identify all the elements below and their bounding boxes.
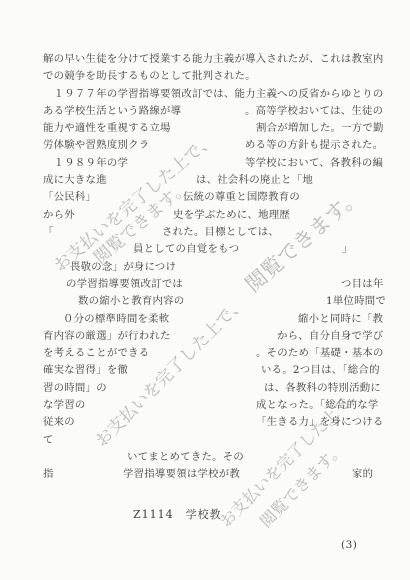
text-line-segment: いてまとめてきた。その	[127, 451, 244, 463]
text-line-segment: 員としての自覚をもつ	[133, 243, 239, 255]
text-line-segment: 解の早い生徒を分けて授業する能力主義が導入されたが、これは教室内	[43, 53, 384, 65]
text-line-segment: は、社会科の廃止と「地	[196, 174, 313, 186]
text-line-segment: 労体験や習熟度別クラ	[43, 139, 149, 151]
text-line-segment: 「公民科」	[43, 191, 96, 203]
page-number: (3)	[341, 539, 357, 551]
document-page: お支払いを完了した上で、閲覧できます。閲覧できます。お支払いを完了した上で、お支…	[0, 0, 410, 580]
text-line-segment: 育内容の厳選」が行われた	[43, 330, 171, 342]
text-line-segment: な学習の	[43, 399, 86, 411]
text-line-segment: から、自分自身で学び	[277, 330, 383, 342]
text-line-segment: 数の縮小と教育内容の	[78, 295, 184, 307]
text-line-segment: は、各教科の特別活動に	[264, 382, 381, 394]
text-line-segment: いる。2つ目は、「総合的	[261, 364, 380, 376]
text-line-segment: の学習指導要領改訂では	[66, 278, 183, 290]
text-line-segment: １９８９年の学	[43, 157, 128, 169]
text-line-segment: 縮小と同時に「教	[298, 313, 383, 325]
text-line-segment: ０分の標準時間を柔軟	[63, 313, 169, 325]
text-line-segment: 「	[43, 226, 54, 238]
text-line-segment: ある学校生活という路線が導	[43, 105, 181, 117]
text-line-segment: 1単位時間で	[326, 295, 386, 307]
text-line-segment: １９７７年の学習指導要領改訂では、能力主義への反省からゆとりの	[43, 88, 384, 100]
text-line-segment: 伝統の尊重と国際教育の	[183, 191, 300, 203]
text-line-segment: 能力や適性を重視する立場	[43, 122, 171, 134]
text-line-segment: 習の時間」の	[43, 382, 107, 394]
text-line-segment: 等学校において、各教科の編	[245, 157, 383, 169]
text-line-segment: 割合が増加した。一方で勤	[256, 122, 384, 134]
text-line-segment: める等の方針も提示された。	[245, 139, 383, 151]
text-line-segment: 家的	[352, 468, 373, 480]
text-line-segment: 成に大きな進	[43, 174, 107, 186]
text-line-segment: つ目は年	[341, 278, 384, 290]
text-line-segment: 畏敬の念」が身につけ	[70, 261, 176, 273]
text-line-segment: での競争を助長するものとして批判された。	[43, 70, 256, 82]
text-line-segment: から外	[43, 209, 75, 221]
text-line-segment: て	[43, 434, 54, 446]
text-line-segment: 。そのため「基礎・基本の	[256, 347, 384, 359]
text-line-segment: 従来の	[43, 416, 75, 428]
text-line-segment: を考えることができる	[43, 347, 149, 359]
text-line-segment: 。高等学校おいては、生徒の	[245, 105, 383, 117]
text-line-segment: 成となった。「総合的な学	[256, 399, 379, 411]
text-line-segment: 学習指導要領は学校が教	[123, 468, 240, 480]
text-line-segment: 」	[342, 243, 353, 255]
text-line-segment: 指	[43, 468, 54, 480]
text-line-segment: 「生きる力」を身につける	[256, 416, 383, 428]
text-line-segment: 確実な習得」を徹	[43, 364, 128, 376]
text-line-segment: された。目標としては、	[162, 226, 279, 238]
text-line-segment: 史を学ぶために、地理歴	[173, 209, 290, 221]
document-id-footer: Z1114 学校教	[133, 506, 222, 522]
